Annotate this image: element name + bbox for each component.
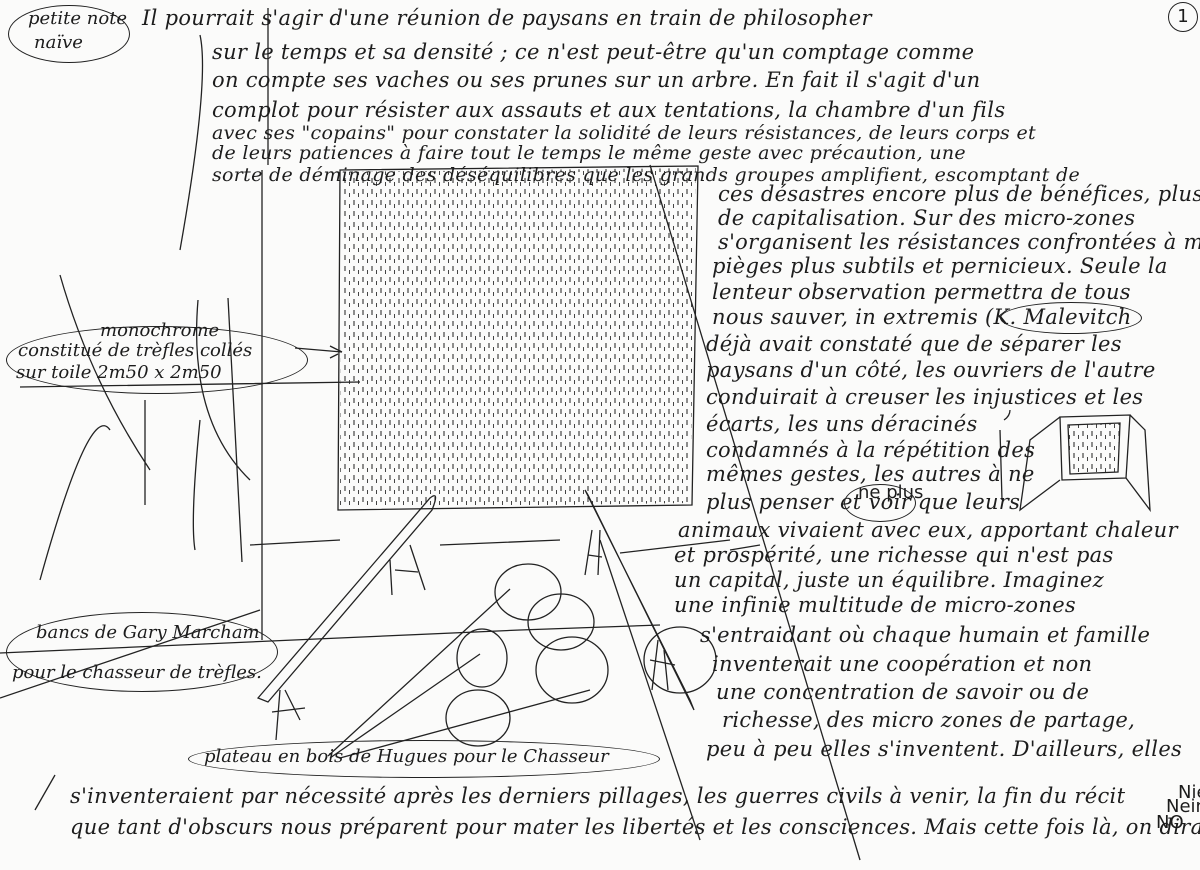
monochrome-desc: constitué de trèfles collés [18,340,252,361]
body-line-6: de leurs patiences à faire tout le temps… [212,142,966,164]
page-number: 1 [1168,2,1198,32]
final-word-no: NO [1156,812,1184,833]
margin-note-petite: petite note [28,8,127,29]
body-line-3: on compte ses vaches ou ses prunes sur u… [212,68,981,92]
right-line-10: écarts, les uns déracinés [706,412,978,436]
right-line-21: richesse, des micro zones de partage, [722,708,1135,732]
margin-note-naive: naïve [34,32,83,53]
right-line-14: animaux vivaient avec eux, apportant cha… [678,518,1178,542]
right-line-5: lenteur observation permettra de tous [712,280,1131,304]
right-line-18: s'entraidant où chaque humain et famille [700,623,1150,647]
footer-line-2: que tant d'obscurs nous préparent pour m… [70,815,1200,839]
right-line-3: s'organisent les résistances confrontées… [718,230,1200,254]
right-line-19: inventerait une coopération et non [712,652,1092,676]
right-line-15: et prospérité, une richesse qui n'est pa… [674,543,1114,567]
body-line-1: Il pourrait s'agir d'une réunion de pays… [142,6,872,30]
monochrome-label: monochrome [100,320,219,341]
right-line-17: une infinie multitude de micro-zones [674,593,1076,617]
voir-oval [844,484,916,522]
plateau-label: plateau en bois de Hugues pour le Chasse… [204,746,609,767]
right-line-16: un capital, juste un équilibre. Imaginez [674,568,1104,592]
footer-line-1: s'inventeraient par nécessité après les … [70,784,1125,808]
right-line-1: ces désastres encore plus de bénéfices, … [718,182,1200,206]
right-line-4: pièges plus subtils et pernicieux. Seule… [712,254,1168,278]
malevitch-oval [1000,302,1142,334]
body-line-5: avec ses "copains" pour constater la sol… [212,122,1036,144]
body-line-4: complot pour résister aux assauts et aux… [212,98,1005,122]
body-line-2: sur le temps et sa densité ; ce n'est pe… [212,40,974,64]
right-line-7: déjà avait constaté que de séparer les [706,332,1122,356]
bancs-purpose: pour le chasseur de trèfles. [12,662,262,683]
bancs-label: bancs de Gary Marcham [36,622,260,643]
right-line-8: paysans d'un côté, les ouvriers de l'aut… [706,358,1156,382]
right-line-11: condamnés à la répétition des [706,438,1035,462]
handwritten-page: 1 petite note naïve Il pourrait s'agir d… [0,0,1200,870]
right-line-2: de capitalisation. Sur des micro-zones [718,206,1135,230]
right-line-20: une concentration de savoir ou de [716,680,1089,704]
right-line-9: conduirait à creuser les injustices et l… [706,385,1143,409]
monochrome-size: sur toile 2m50 x 2m50 [16,362,222,383]
right-line-22: peu à peu elles s'inventent. D'ailleurs,… [706,737,1182,761]
